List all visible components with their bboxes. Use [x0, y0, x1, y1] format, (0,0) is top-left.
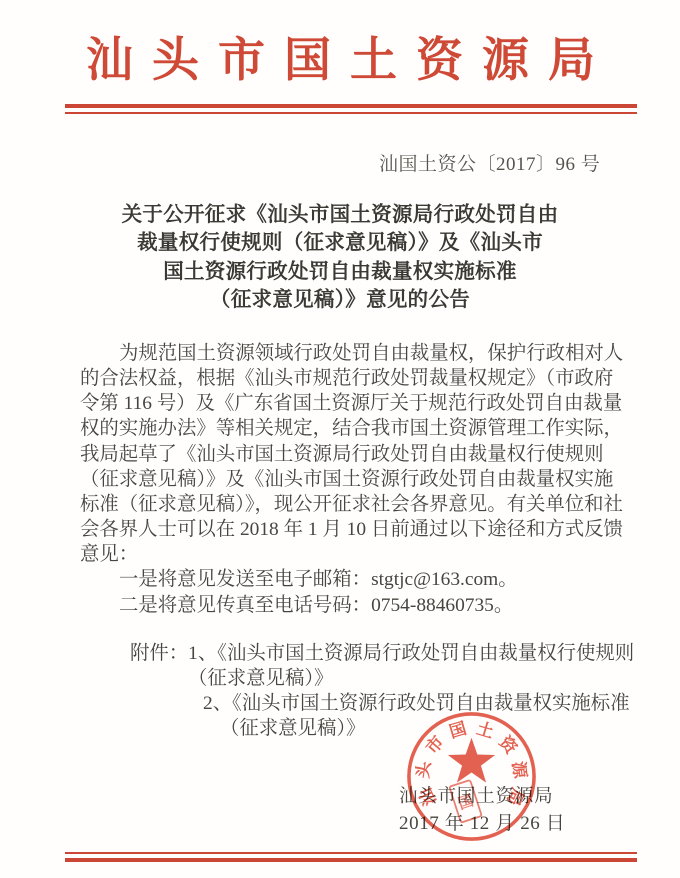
- title-line: 关于公开征求《汕头市国土资源局行政处罚自由: [0, 201, 680, 229]
- seal-arc-char: 土: [474, 718, 496, 742]
- seal-inner-mark: 国: [449, 780, 481, 823]
- body-line: （征求意见稿）》及《汕头市国土资源行政处罚自由裁量权实施: [80, 467, 604, 492]
- title-line: 裁量权行使规则（征求意见稿）》及《汕头市: [0, 229, 680, 257]
- document-number: 汕国土资公〔2017〕96 号: [379, 153, 600, 177]
- body-line-email: 一是将意见发送至电子邮箱：stgtjc@163.com。: [80, 567, 604, 592]
- seal-inner-mark-char: 国: [456, 791, 476, 813]
- official-seal: 汕头市国土资源局 国: [402, 707, 541, 846]
- body-line: 意见：: [80, 542, 604, 567]
- document-body: 为规范国土资源领域行政处罚自由裁量权，保护行政相对人 的合法权益，根据《汕头市规…: [80, 341, 604, 618]
- footer-rule-thin: [65, 852, 637, 854]
- body-line-fax: 二是将意见传真至电话号码：0754-88460735。: [80, 593, 604, 618]
- document-title: 关于公开征求《汕头市国土资源局行政处罚自由 裁量权行使规则（征求意见稿）》及《汕…: [0, 201, 680, 314]
- body-line: 令第 116 号）及《广东省国土资源厅关于规范行政处罚自由裁量: [80, 391, 604, 416]
- seal-arc-char: 局: [503, 785, 527, 808]
- title-line: （征求意见稿）》意见的公告: [0, 286, 680, 314]
- body-line: 为规范国土资源领域行政处罚自由裁量权，保护行政相对人: [80, 341, 604, 366]
- seal-arc-char: 头: [412, 759, 434, 780]
- footer-rule-thick: [65, 858, 637, 862]
- attachment-line: （征求意见稿）》: [188, 666, 634, 691]
- letterhead-rule-thick: [65, 104, 637, 108]
- official-seal-graphic: 汕头市国土资源局 国: [402, 707, 541, 846]
- body-line: 的合法权益，根据《汕头市规范行政处罚裁量权规定》（市政府: [80, 366, 604, 391]
- seal-arc-char: 源: [509, 760, 531, 781]
- document-page: 汕头市国土资源局 汕国土资公〔2017〕96 号 关于公开征求《汕头市国土资源局…: [0, 0, 680, 878]
- body-line: 我局起草了《汕头市国土资源局行政处罚自由裁量权行使规则: [80, 442, 604, 467]
- letterhead-rule-thin: [65, 112, 637, 114]
- letterhead-agency-name: 汕头市国土资源局: [0, 33, 680, 89]
- attachments-list: 附件：1、《汕头市国土资源局行政处罚自由裁量权行使规则 （征求意见稿）》 2、《…: [130, 641, 634, 741]
- body-line: 会各界人士可以在 2018 年 1 月 10 日前通过以下途径和方式反馈: [80, 517, 604, 542]
- seal-arc-char: 汕: [415, 785, 440, 809]
- attachment-line: 附件：1、《汕头市国土资源局行政处罚自由裁量权行使规则: [130, 641, 634, 666]
- seal-arc-char: 国: [447, 719, 469, 742]
- title-line: 国土资源行政处罚自由裁量权实施标准: [0, 258, 680, 286]
- body-line: 权的实施办法》等相关规定，结合我市国土资源管理工作实际，: [80, 416, 604, 441]
- body-line: 标准（征求意见稿）》，现公开征求社会各界意见。有关单位和社: [80, 492, 604, 517]
- seal-star-icon: [448, 738, 495, 783]
